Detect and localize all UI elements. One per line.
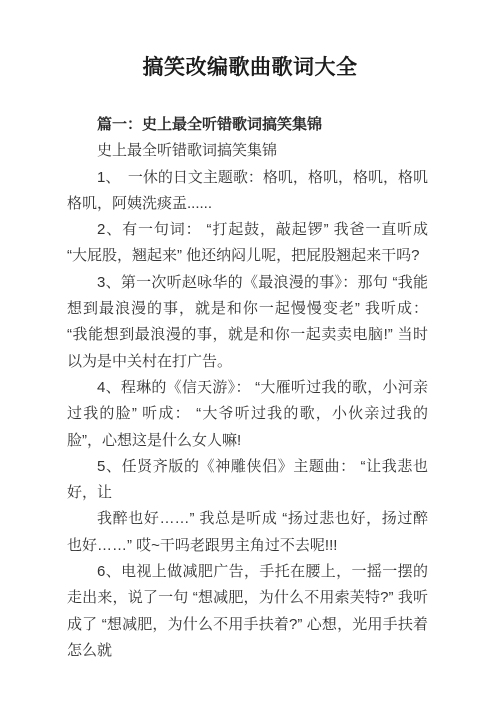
paragraph-item-5: 5、任贤齐版的《神雕侠侣》主题曲： “让我悲也好，让 — [67, 454, 428, 507]
section-heading: 篇一：史上最全听错歌词搞笑集锦 — [67, 112, 428, 138]
paragraph-item-4: 4、程琳的《信天游》： “大雁听过我的歌，小河亲过我的脸” 听成： “大爷听过我… — [67, 375, 428, 454]
paragraph-item-5-continuation: 我醉也好……” 我总是听成 “扬过悲也好，扬过醉也好……” 哎~干吗老跟男主角过… — [67, 506, 428, 559]
document-title: 搞笑改编歌曲歌词大全 — [0, 0, 500, 81]
document-body: 篇一：史上最全听错歌词搞笑集锦 史上最全听错歌词搞笑集锦 1、 一休的日文主题歌… — [0, 112, 500, 664]
paragraph-item-2: 2、有一句词： “打起鼓，敲起锣” 我爸一直听成 “大屁股，翘起来” 他还纳闷儿… — [67, 217, 428, 270]
paragraph-item-3: 3、第一次听赵咏华的《最浪漫的事》：那句 “我能想到最浪漫的事，就是和你一起慢慢… — [67, 270, 428, 375]
paragraph-item-1: 1、 一休的日文主题歌：格叽，格叽，格叽，格叽格叽，阿姨洗痰盂...... — [67, 165, 428, 218]
paragraph-item-6: 6、电视上做减肥广告，手托在腰上，一摇一摆的走出来，说了一句 “想减肥，为什么不… — [67, 559, 428, 664]
document-page: 搞笑改编歌曲歌词大全 篇一：史上最全听错歌词搞笑集锦 史上最全听错歌词搞笑集锦 … — [0, 0, 500, 707]
section-subheading: 史上最全听错歌词搞笑集锦 — [67, 138, 428, 164]
